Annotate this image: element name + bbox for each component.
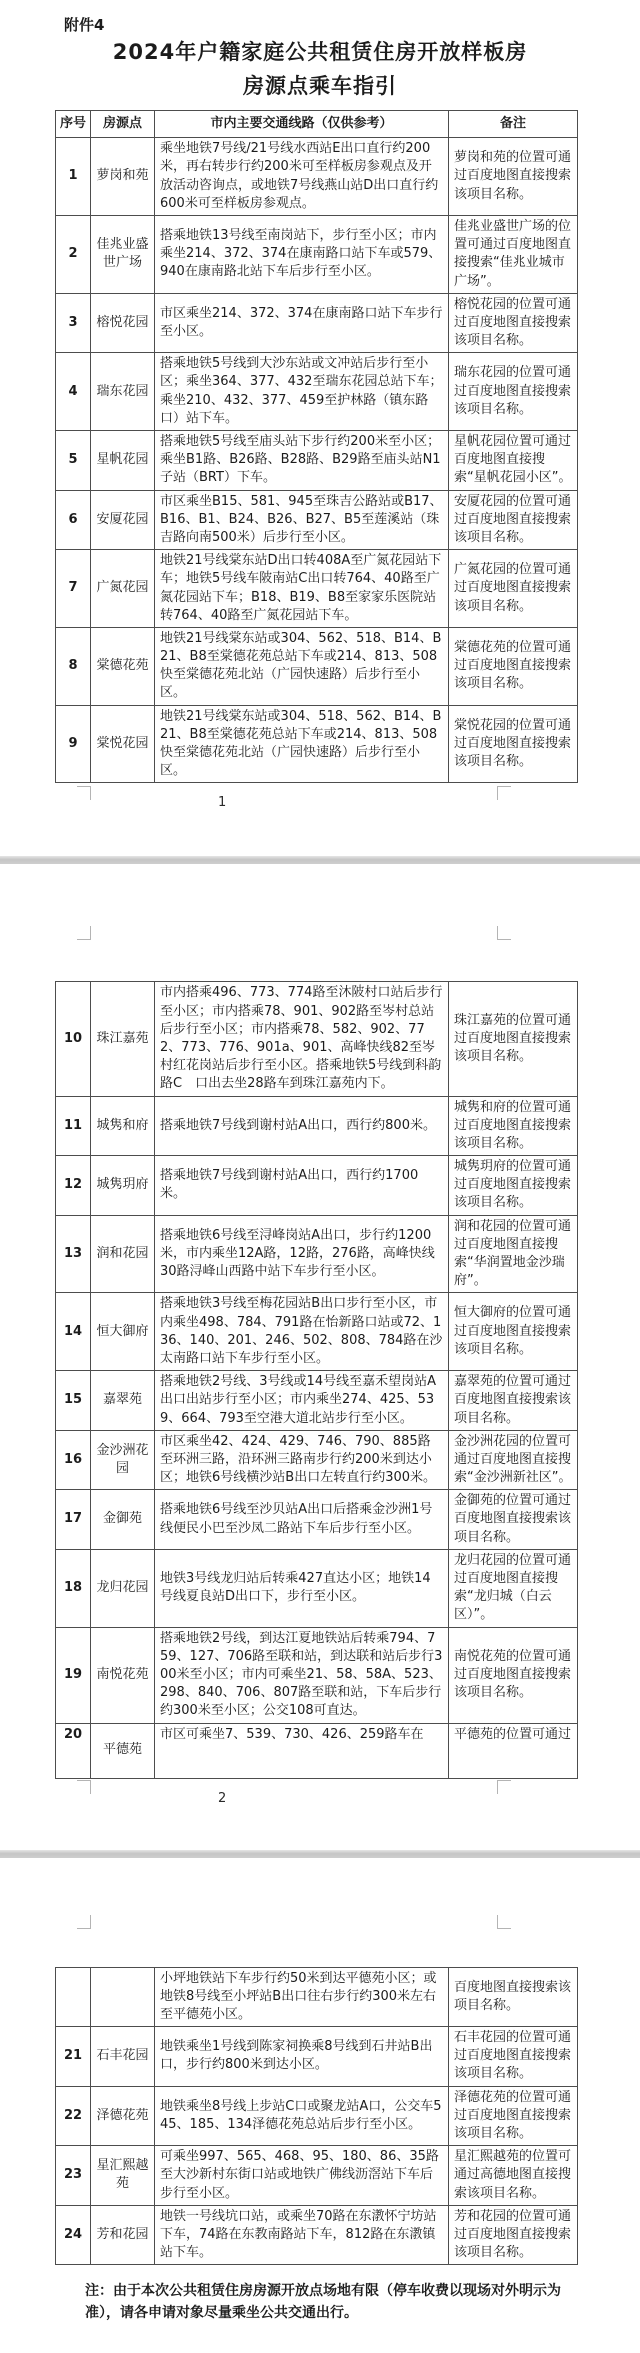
cell-transport-route: 地铁21号线棠东站或304、562、518、B14、B21、B8至棠德花苑总站下… xyxy=(155,627,449,705)
cell-serial-number: 10 xyxy=(56,982,91,1096)
table-header-row: 序号 房源点 市内主要交通线路（仅供参考） 备注 xyxy=(56,111,578,138)
cell-housing-point xyxy=(91,1967,155,2027)
cell-remark: 平德苑的位置可通过 xyxy=(449,1723,578,1778)
corner-margin-mark xyxy=(497,926,511,940)
cell-housing-point: 金御苑 xyxy=(91,1490,155,1550)
cell-transport-route: 搭乘地铁6号线至沙贝站A出口后搭乘金沙洲1号线便民小巴至沙凤二路站下车后步行至小… xyxy=(155,1490,449,1550)
corner-margin-mark xyxy=(77,786,91,800)
cell-serial-number: 23 xyxy=(56,2146,91,2206)
cell-remark: 芳和花园的位置可通过百度地图直接搜索该项目名称。 xyxy=(449,2205,578,2265)
corner-margin-mark xyxy=(497,786,511,800)
cell-serial-number: 1 xyxy=(56,138,91,216)
table-row: 14 恒大御府 搭乘地铁3号线至梅花园站B出口步行至小区，市内乘坐498、784… xyxy=(56,1293,578,1371)
cell-serial-number: 8 xyxy=(56,627,91,705)
cell-transport-route: 市区可乘坐7、539、730、426、259路车在 xyxy=(155,1723,449,1778)
guide-table-page-3: 小坪地铁站下车步行约50米到达平德苑小区；或地铁8号线至小坪站B出口往右步行约3… xyxy=(55,1967,578,2266)
document-page-3: 小坪地铁站下车步行约50米到达平德苑小区；或地铁8号线至小坪站B出口往右步行约3… xyxy=(0,1858,640,2353)
cell-serial-number: 18 xyxy=(56,1549,91,1627)
cell-transport-route: 搭乘地铁2号线，到达江夏地铁站后转乘794、759、127、706路至联和站，到… xyxy=(155,1627,449,1723)
cell-housing-point: 星帆花园 xyxy=(91,431,155,491)
cell-serial-number: 20 xyxy=(56,1723,91,1778)
cell-remark: 榕悦花园的位置可通过百度地图直接搜索该项目名称。 xyxy=(449,293,578,353)
cell-transport-route: 市区乘坐214、372、374在康南路口站下车步行至小区。 xyxy=(155,293,449,353)
cell-remark: 珠江嘉苑的位置可通过百度地图直接搜索该项目名称。 xyxy=(449,982,578,1096)
cell-housing-point: 棠悦花园 xyxy=(91,705,155,783)
cell-transport-route: 搭乘地铁13号线至南岗站下，步行至小区；市内乘坐214、372、374在康南路口… xyxy=(155,215,449,293)
cell-remark: 棠德花苑的位置可通过百度地图直接搜索该项目名称。 xyxy=(449,627,578,705)
cell-remark: 瑞东花园的位置可通过百度地图直接搜索该项目名称。 xyxy=(449,353,578,431)
page-separator xyxy=(0,1850,640,1858)
cell-transport-route: 小坪地铁站下车步行约50米到达平德苑小区；或地铁8号线至小坪站B出口往右步行约3… xyxy=(155,1967,449,2027)
cell-serial-number: 4 xyxy=(56,353,91,431)
table-row: 5 星帆花园 搭乘地铁5号线至庙头站下步行约200米至小区；乘坐B1路、B26路… xyxy=(56,431,578,491)
cell-serial-number: 24 xyxy=(56,2205,91,2265)
cell-remark: 城隽和府的位置可通过百度地图直接搜索该项目名称。 xyxy=(449,1096,578,1156)
cell-housing-point: 龙归花园 xyxy=(91,1549,155,1627)
cell-housing-point: 棠德花苑 xyxy=(91,627,155,705)
header-housing-point: 房源点 xyxy=(91,111,155,138)
cell-remark: 城隽玥府的位置可通过百度地图直接搜索该项目名称。 xyxy=(449,1156,578,1216)
cell-remark: 百度地图直接搜索该项目名称。 xyxy=(449,1967,578,2027)
cell-remark: 星汇熙越苑的位置可通过高德地图直接搜索该项目名称。 xyxy=(449,2146,578,2206)
doc-title-line1: 2024年户籍家庭公共租赁住房开放样板房 xyxy=(50,37,590,69)
cell-housing-point: 泽德花苑 xyxy=(91,2086,155,2146)
cell-serial-number: 9 xyxy=(56,705,91,783)
table-row: 23 星汇熙越苑 可乘坐997、565、468、95、180、86、35路至大沙… xyxy=(56,2146,578,2206)
cell-remark: 润和花园的位置可通过百度地图直接搜索“华润置地金沙瑞府”。 xyxy=(449,1215,578,1293)
cell-transport-route: 搭乘地铁5号线至庙头站下步行约200米至小区；乘坐B1路、B26路、B28路、B… xyxy=(155,431,449,491)
cell-serial-number: 11 xyxy=(56,1096,91,1156)
cell-serial-number: 2 xyxy=(56,215,91,293)
cell-transport-route: 地铁一号线坑口站，或乘坐70路在东漖怀宁坊站下车，74路在东教南路站下车，812… xyxy=(155,2205,449,2265)
cell-housing-point: 南悦花苑 xyxy=(91,1627,155,1723)
cell-remark: 星帆花园位置可通过百度地图直接搜索“星帆花园小区”。 xyxy=(449,431,578,491)
cell-transport-route: 地铁乘坐1号线到陈家祠换乘8号线到石井站B出口，步行约800米到达小区。 xyxy=(155,2027,449,2087)
cell-remark: 棠悦花园的位置可通过百度地图直接搜索该项目名称。 xyxy=(449,705,578,783)
table-row: 24 芳和花园 地铁一号线坑口站，或乘坐70路在东漖怀宁坊站下车，74路在东教南… xyxy=(56,2205,578,2265)
cell-remark: 龙归花园的位置可通过百度地图直接搜索“龙归城（白云区）”。 xyxy=(449,1549,578,1627)
cell-housing-point: 广氮花园 xyxy=(91,550,155,628)
page-number-2: 2 xyxy=(0,1791,640,1806)
cell-serial-number: 16 xyxy=(56,1430,91,1490)
table-row: 12 城隽玥府 搭乘地铁7号线到谢村站A出口，西行约1700米。 城隽玥府的位置… xyxy=(56,1156,578,1216)
cell-transport-route: 地铁21号线棠东站或304、518、562、B14、B21、B8至棠德花苑总站下… xyxy=(155,705,449,783)
cell-housing-point: 星汇熙越苑 xyxy=(91,2146,155,2206)
corner-margin-mark xyxy=(77,926,91,940)
cell-transport-route: 市内搭乘496、773、774路至沐陂村口站后步行至小区；市内搭乘78、901、… xyxy=(155,982,449,1096)
cell-serial-number: 5 xyxy=(56,431,91,491)
cell-housing-point: 平德苑 xyxy=(91,1723,155,1778)
cell-remark: 石丰花园的位置可通过百度地图直接搜索该项目名称。 xyxy=(449,2027,578,2087)
table-row: 10 珠江嘉苑 市内搭乘496、773、774路至沐陂村口站后步行至小区；市内搭… xyxy=(56,982,578,1096)
corner-margin-mark xyxy=(77,1915,91,1929)
table-row: 2 佳兆业盛世广场 搭乘地铁13号线至南岗站下，步行至小区；市内乘坐214、37… xyxy=(56,215,578,293)
corner-margin-mark xyxy=(497,1915,511,1929)
cell-remark: 广氮花园的位置可通过百度地图直接搜索该项目名称。 xyxy=(449,550,578,628)
cell-housing-point: 恒大御府 xyxy=(91,1293,155,1371)
cell-serial-number: 3 xyxy=(56,293,91,353)
cell-remark: 金沙洲花园的位置可通过百度地图直接搜索“金沙洲新社区”。 xyxy=(449,1430,578,1490)
cell-transport-route: 可乘坐997、565、468、95、180、86、35路至大沙新村东街口站或地铁… xyxy=(155,2146,449,2206)
cell-housing-point: 瑞东花园 xyxy=(91,353,155,431)
cell-transport-route: 地铁乘坐8号线上步站C口或聚龙站A口，公交车545、185、134泽德花苑总站后… xyxy=(155,2086,449,2146)
cell-serial-number: 6 xyxy=(56,490,91,550)
cell-housing-point: 城隽玥府 xyxy=(91,1156,155,1216)
cell-serial-number: 14 xyxy=(56,1293,91,1371)
cell-remark: 南悦花苑的位置可通过百度地图直接搜索该项目名称。 xyxy=(449,1627,578,1723)
table-row: 21 石丰花园 地铁乘坐1号线到陈家祠换乘8号线到石井站B出口，步行约800米到… xyxy=(56,2027,578,2087)
cell-remark: 萝岗和苑的位置可通过百度地图直接搜索该项目名称。 xyxy=(449,138,578,216)
cell-serial-number xyxy=(56,1967,91,2027)
table-row: 8 棠德花苑 地铁21号线棠东站或304、562、518、B14、B21、B8至… xyxy=(56,627,578,705)
footer-note: 注：由于本次公共租赁住房房源开放点场地有限（停车收费以现场对外明示为准），请各申… xyxy=(85,2281,570,2324)
cell-remark: 佳兆业盛世广场的位置可通过百度地图直接搜索“佳兆业城市广场”。 xyxy=(449,215,578,293)
cell-transport-route: 搭乘地铁2号线、3号线或14号线至嘉禾望岗站A出口出站步行至小区；市内乘坐274… xyxy=(155,1371,449,1431)
guide-table-page-1: 序号 房源点 市内主要交通线路（仅供参考） 备注 1 萝岗和苑 乘坐地铁7号线/… xyxy=(55,110,578,783)
table-row: 18 龙归花园 地铁3号线龙归站后转乘427直达小区；地铁14号线夏良站D出口下… xyxy=(56,1549,578,1627)
table-row: 9 棠悦花园 地铁21号线棠东站或304、518、562、B14、B21、B8至… xyxy=(56,705,578,783)
cell-remark: 恒大御府的位置可通过百度地图直接搜索该项目名称。 xyxy=(449,1293,578,1371)
cell-housing-point: 石丰花园 xyxy=(91,2027,155,2087)
document-page-2: 10 珠江嘉苑 市内搭乘496、773、774路至沐陂村口站后步行至小区；市内搭… xyxy=(0,864,640,1849)
cell-transport-route: 搭乘地铁6号线至浔峰岗站A出口，步行约1200米，市内乘坐12A路，12路，27… xyxy=(155,1215,449,1293)
cell-serial-number: 17 xyxy=(56,1490,91,1550)
table-row: 7 广氮花园 地铁21号线棠东站D出口转408A至广氮花园站下车；地铁5号线车陂… xyxy=(56,550,578,628)
cell-transport-route: 搭乘地铁7号线到谢村站A出口，西行约800米。 xyxy=(155,1096,449,1156)
cell-housing-point: 芳和花园 xyxy=(91,2205,155,2265)
doc-title-line2: 房源点乘车指引 xyxy=(50,71,590,103)
table-row: 15 嘉翠苑 搭乘地铁2号线、3号线或14号线至嘉禾望岗站A出口出站步行至小区；… xyxy=(56,1371,578,1431)
cell-housing-point: 萝岗和苑 xyxy=(91,138,155,216)
cell-housing-point: 榕悦花园 xyxy=(91,293,155,353)
table-row: 17 金御苑 搭乘地铁6号线至沙贝站A出口后搭乘金沙洲1号线便民小巴至沙凤二路站… xyxy=(56,1490,578,1550)
cell-housing-point: 城隽和府 xyxy=(91,1096,155,1156)
cell-serial-number: 21 xyxy=(56,2027,91,2087)
cell-housing-point: 佳兆业盛世广场 xyxy=(91,215,155,293)
cell-transport-route: 地铁3号线龙归站后转乘427直达小区；地铁14号线夏良站D出口下，步行至小区。 xyxy=(155,1549,449,1627)
cell-housing-point: 金沙洲花园 xyxy=(91,1430,155,1490)
table-row: 20 平德苑 市区可乘坐7、539、730、426、259路车在 平德苑的位置可… xyxy=(56,1723,578,1778)
attachment-label: 附件4 xyxy=(0,0,640,35)
cell-serial-number: 13 xyxy=(56,1215,91,1293)
corner-margin-mark xyxy=(497,1780,511,1794)
cell-housing-point: 嘉翠苑 xyxy=(91,1371,155,1431)
table-row: 4 瑞东花园 搭乘地铁5号线到大沙东站或文冲站后步行至小区；乘坐364、377、… xyxy=(56,353,578,431)
table-row: 小坪地铁站下车步行约50米到达平德苑小区；或地铁8号线至小坪站B出口往右步行约3… xyxy=(56,1967,578,2027)
header-transport-routes: 市内主要交通线路（仅供参考） xyxy=(155,111,449,138)
cell-transport-route: 搭乘地铁3号线至梅花园站B出口步行至小区，市内乘坐498、784、791路在怡新… xyxy=(155,1293,449,1371)
cell-transport-route: 搭乘地铁7号线到谢村站A出口，西行约1700米。 xyxy=(155,1156,449,1216)
cell-housing-point: 润和花园 xyxy=(91,1215,155,1293)
cell-housing-point: 珠江嘉苑 xyxy=(91,982,155,1096)
cell-transport-route: 地铁21号线棠东站D出口转408A至广氮花园站下车；地铁5号线车陂南站C出口转7… xyxy=(155,550,449,628)
cell-serial-number: 12 xyxy=(56,1156,91,1216)
table-row: 3 榕悦花园 市区乘坐214、372、374在康南路口站下车步行至小区。 榕悦花… xyxy=(56,293,578,353)
header-serial-number: 序号 xyxy=(56,111,91,138)
table-row: 1 萝岗和苑 乘坐地铁7号线/21号线水西站E出口直行约200米，再右转步行约2… xyxy=(56,138,578,216)
cell-transport-route: 搭乘地铁5号线到大沙东站或文冲站后步行至小区；乘坐364、377、432至瑞东花… xyxy=(155,353,449,431)
cell-remark: 金御苑的位置可通过百度地图直接搜索该项目名称。 xyxy=(449,1490,578,1550)
cell-transport-route: 市区乘坐42、424、429、746、790、885路至环洲三路，沿环洲三路南步… xyxy=(155,1430,449,1490)
cell-transport-route: 乘坐地铁7号线/21号线水西站E出口直行约200米，再右转步行约200米可至样板… xyxy=(155,138,449,216)
document-page-1: 附件4 2024年户籍家庭公共租赁住房开放样板房 房源点乘车指引 序号 房源点 … xyxy=(0,0,640,856)
cell-housing-point: 安厦花园 xyxy=(91,490,155,550)
cell-serial-number: 19 xyxy=(56,1627,91,1723)
table-row: 11 城隽和府 搭乘地铁7号线到谢村站A出口，西行约800米。 城隽和府的位置可… xyxy=(56,1096,578,1156)
guide-table-page-2: 10 珠江嘉苑 市内搭乘496、773、774路至沐陂村口站后步行至小区；市内搭… xyxy=(55,981,578,1778)
cell-serial-number: 7 xyxy=(56,550,91,628)
table-row: 16 金沙洲花园 市区乘坐42、424、429、746、790、885路至环洲三… xyxy=(56,1430,578,1490)
cell-serial-number: 22 xyxy=(56,2086,91,2146)
cell-remark: 安厦花园的位置可通过百度地图直接搜索该项目名称。 xyxy=(449,490,578,550)
page-number-1: 1 xyxy=(0,795,640,810)
table-row: 19 南悦花苑 搭乘地铁2号线，到达江夏地铁站后转乘794、759、127、70… xyxy=(56,1627,578,1723)
corner-margin-mark xyxy=(77,1780,91,1794)
table-row: 22 泽德花苑 地铁乘坐8号线上步站C口或聚龙站A口，公交车545、185、13… xyxy=(56,2086,578,2146)
header-remarks: 备注 xyxy=(449,111,578,138)
cell-serial-number: 15 xyxy=(56,1371,91,1431)
cell-remark: 嘉翠苑的位置可通过百度地图直接搜索该项目名称。 xyxy=(449,1371,578,1431)
cell-transport-route: 市区乘坐B15、581、945至珠吉公路站或B17、B16、B1、B24、B26… xyxy=(155,490,449,550)
table-row: 6 安厦花园 市区乘坐B15、581、945至珠吉公路站或B17、B16、B1、… xyxy=(56,490,578,550)
page-separator xyxy=(0,856,640,864)
cell-remark: 泽德花苑的位置可通过百度地图直接搜索该项目名称。 xyxy=(449,2086,578,2146)
table-row: 13 润和花园 搭乘地铁6号线至浔峰岗站A出口，步行约1200米，市内乘坐12A… xyxy=(56,1215,578,1293)
